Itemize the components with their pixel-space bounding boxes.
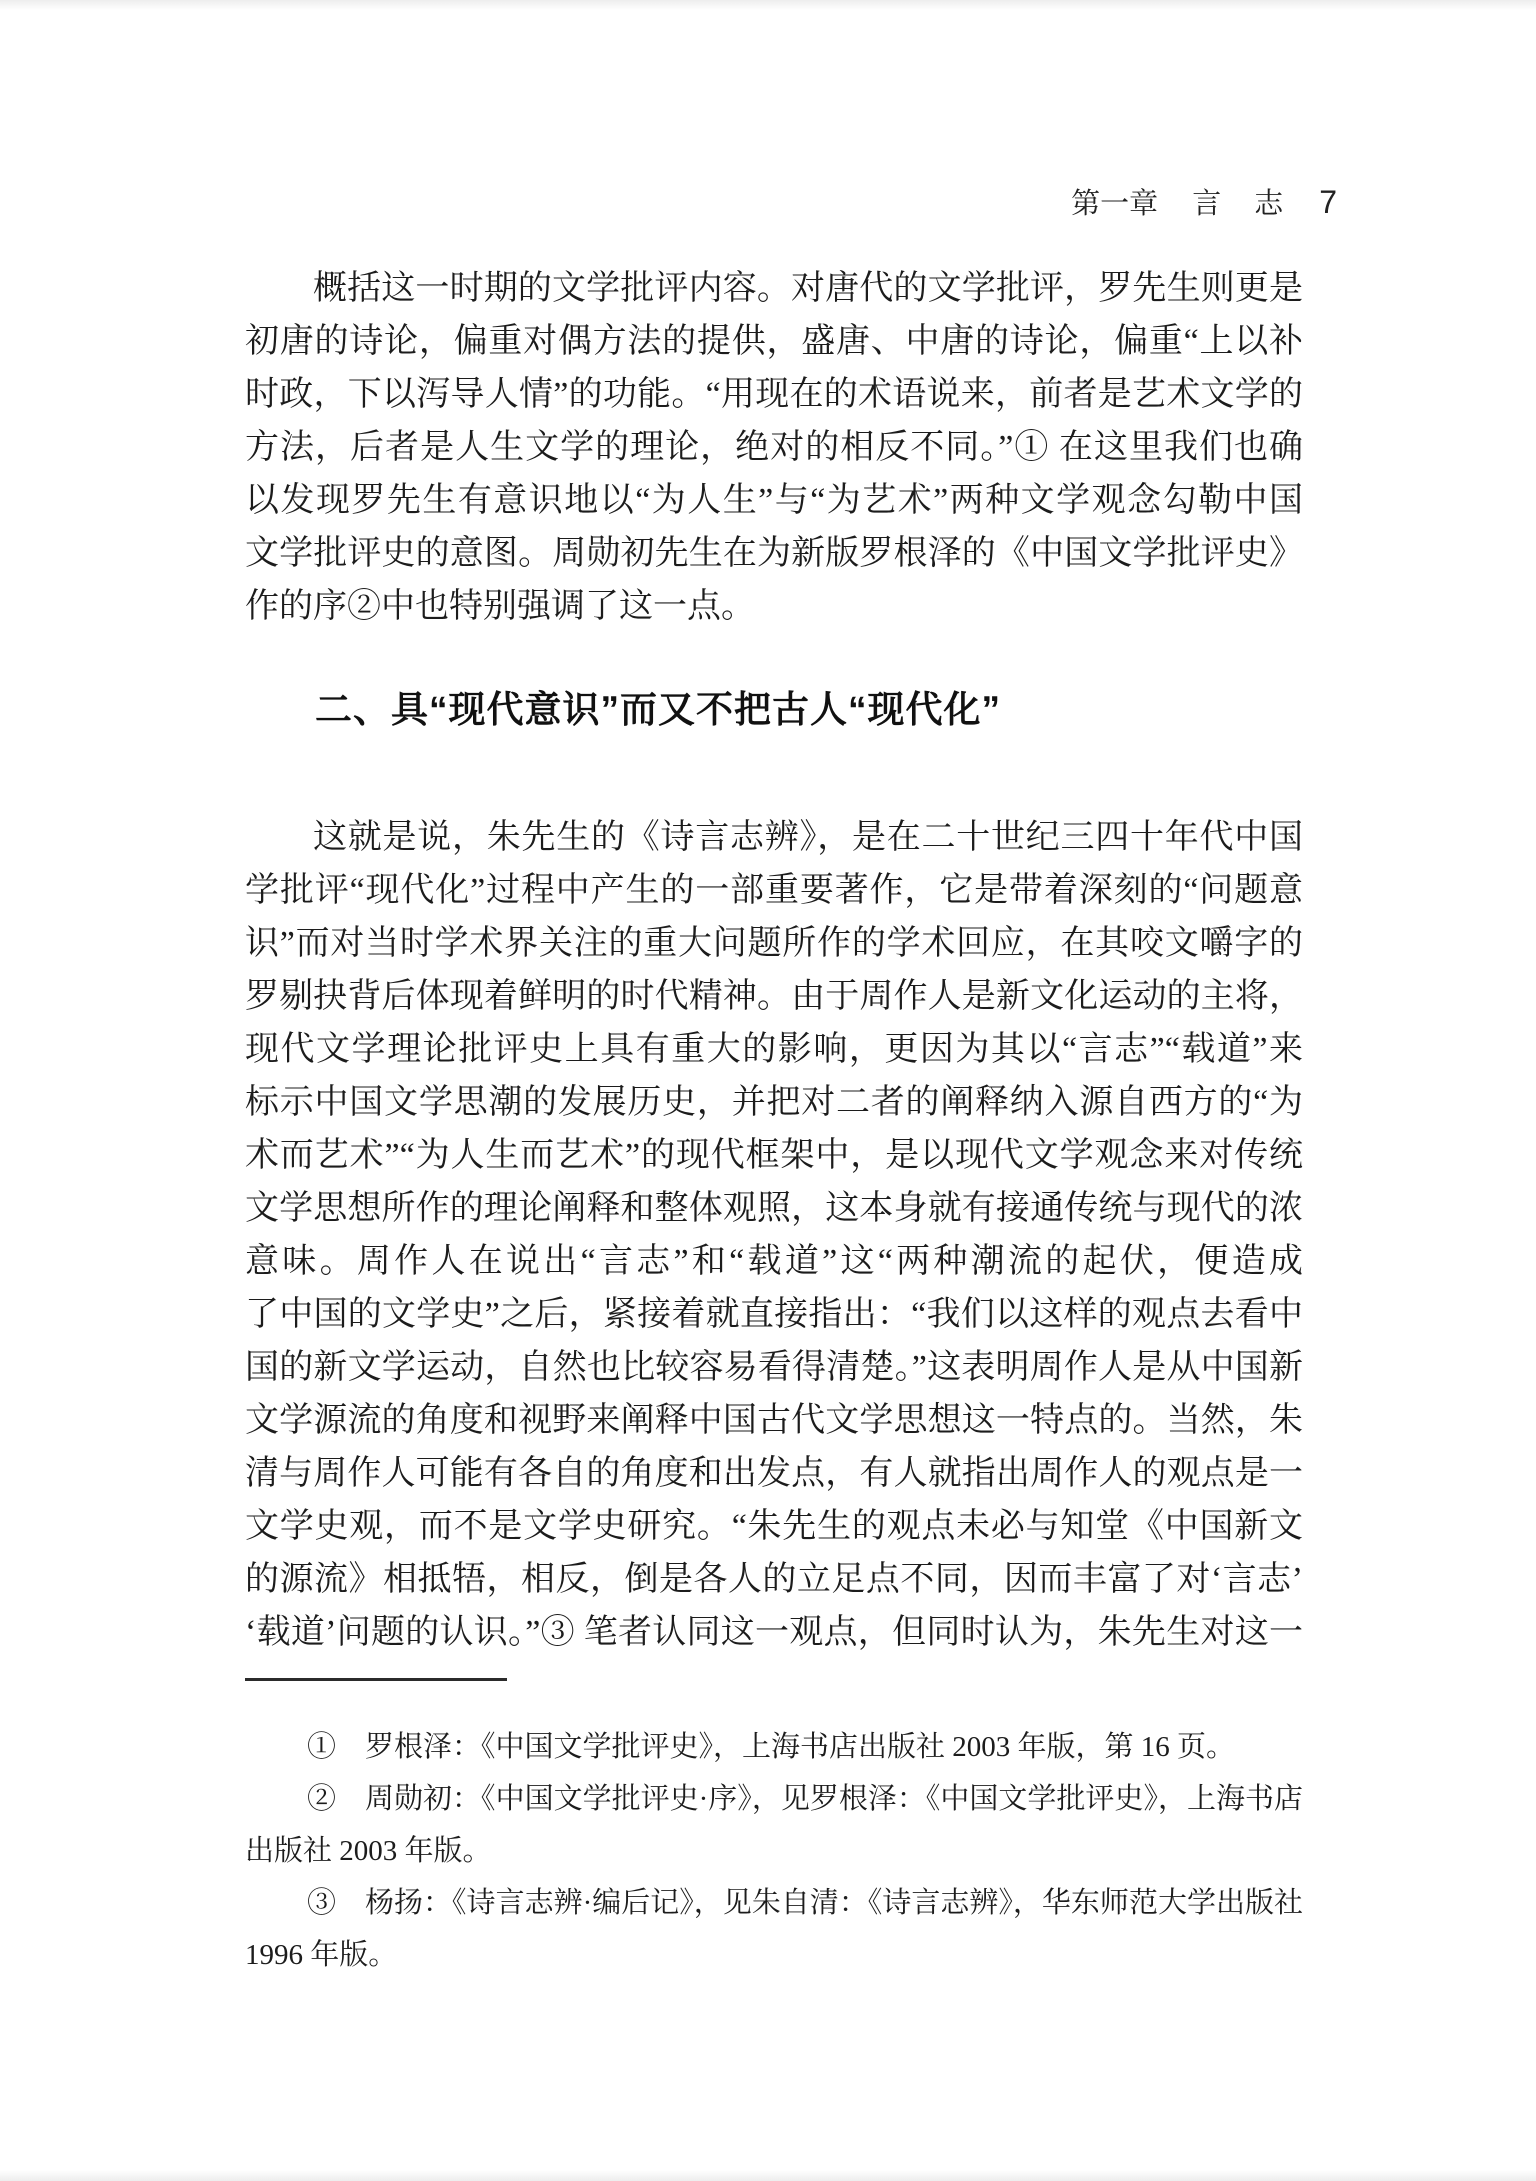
body-line: 文学史观，而不是文学史研究。“朱先生的观点未必与知堂《中国新文学 — [245, 1500, 1303, 1553]
body-line: 清与周作人可能有各自的角度和出发点，有人就指出周作人的观点是一种 — [245, 1447, 1303, 1500]
body-line: 概括这一时期的文学批评内容。对唐代的文学批评，罗先生则更是认定： — [245, 262, 1303, 315]
body-line: ‘载道’问题的认识。”③ 笔者认同这一观点，但同时认为，朱先生对这一 — [245, 1606, 1303, 1659]
footnote-line: ① 罗根泽：《中国文学批评史》，上海书店出版社 2003 年版，第 16 页。 — [245, 1721, 1303, 1773]
page-number: 7 — [1319, 184, 1337, 220]
body-line: 方法，后者是人生文学的理论，绝对的相反不同。”① 在这里我们也确实可 — [245, 421, 1303, 474]
body-line: 识”而对当时学术界关注的重大问题所作的学术回应，在其咬文嚼字的爬 — [245, 917, 1303, 970]
body-line: 现代文学理论批评史上具有重大的影响，更因为其以“言志”“载道”来 — [245, 1023, 1303, 1076]
body-line: 文学思想所作的理论阐释和整体观照，这本身就有接通传统与现代的浓厚 — [245, 1182, 1303, 1235]
book-page: 第一章言 志7 概括这一时期的文学批评内容。对唐代的文学批评，罗先生则更是认定：… — [0, 0, 1536, 2181]
body-line: 的源流》相抵牾，相反，倒是各人的立足点不同，因而丰富了对‘言志’ — [245, 1553, 1303, 1606]
footnote-separator — [245, 1678, 507, 1681]
paragraph-2: 这就是说，朱先生的《诗言志辨》，是在二十世纪三四十年代中国文 学批评“现代化”过… — [245, 811, 1303, 1659]
body-line: 这就是说，朱先生的《诗言志辨》，是在二十世纪三四十年代中国文 — [245, 811, 1303, 864]
body-line: 以发现罗先生有意识地以“为人生”与“为艺术”两种文学观念勾勒中国 — [245, 474, 1303, 527]
body-line: 意味。周作人在说出“言志”和“载道”这“两种潮流的起伏，便造成 — [245, 1235, 1303, 1288]
footnote-line: 1996 年版。 — [245, 1929, 1303, 1981]
page-content: 概括这一时期的文学批评内容。对唐代的文学批评，罗先生则更是认定： 初唐的诗论，偏… — [245, 262, 1303, 1659]
body-line: 国的新文学运动，自然也比较容易看得清楚。”这表明周作人是从中国新 — [245, 1341, 1303, 1394]
footnote-line: 出版社 2003 年版。 — [245, 1825, 1303, 1877]
body-line: 时政，下以泻导人情”的功能。“用现在的术语说来，前者是艺术文学的 — [245, 368, 1303, 421]
body-line: 标示中国文学思潮的发展历史，并把对二者的阐释纳入源自西方的“为艺 — [245, 1076, 1303, 1129]
body-line: 作的序②中也特别强调了这一点。 — [245, 580, 1303, 633]
body-line: 罗剔抉背后体现着鲜明的时代精神。由于周作人是新文化运动的主将，在 — [245, 970, 1303, 1023]
chapter-label: 第一章 — [1071, 188, 1158, 220]
body-line: 文学源流的角度和视野来阐释中国古代文学思想这一特点的。当然，朱自 — [245, 1394, 1303, 1447]
body-line: 文学批评史的意图。周勋初先生在为新版罗根泽的《中国文学批评史》所 — [245, 527, 1303, 580]
footnote-line: ③ 杨扬：《诗言志辨·编后记》，见朱自清：《诗言志辨》，华东师范大学出版社 — [245, 1877, 1303, 1929]
footnote-line: ② 周勋初：《中国文学批评史·序》，见罗根泽：《中国文学批评史》，上海书店 — [245, 1773, 1303, 1825]
chapter-title: 言 志 — [1192, 188, 1285, 220]
paragraph-1: 概括这一时期的文学批评内容。对唐代的文学批评，罗先生则更是认定： 初唐的诗论，偏… — [245, 262, 1303, 633]
body-line: 术而艺术”“为人生而艺术”的现代框架中，是以现代文学观念来对传统 — [245, 1129, 1303, 1182]
body-line: 学批评“现代化”过程中产生的一部重要著作，它是带着深刻的“问题意 — [245, 864, 1303, 917]
body-line: 初唐的诗论，偏重对偶方法的提供，盛唐、中唐的诗论，偏重“上以补察 — [245, 315, 1303, 368]
running-head: 第一章言 志7 — [1071, 184, 1337, 222]
section-heading: 二、具“现代意识”而又不把古人“现代化” — [245, 687, 1303, 733]
footnotes: ① 罗根泽：《中国文学批评史》，上海书店出版社 2003 年版，第 16 页。 … — [245, 1678, 1303, 1981]
body-line: 了中国的文学史”之后，紧接着就直接指出：“我们以这样的观点去看中 — [245, 1288, 1303, 1341]
